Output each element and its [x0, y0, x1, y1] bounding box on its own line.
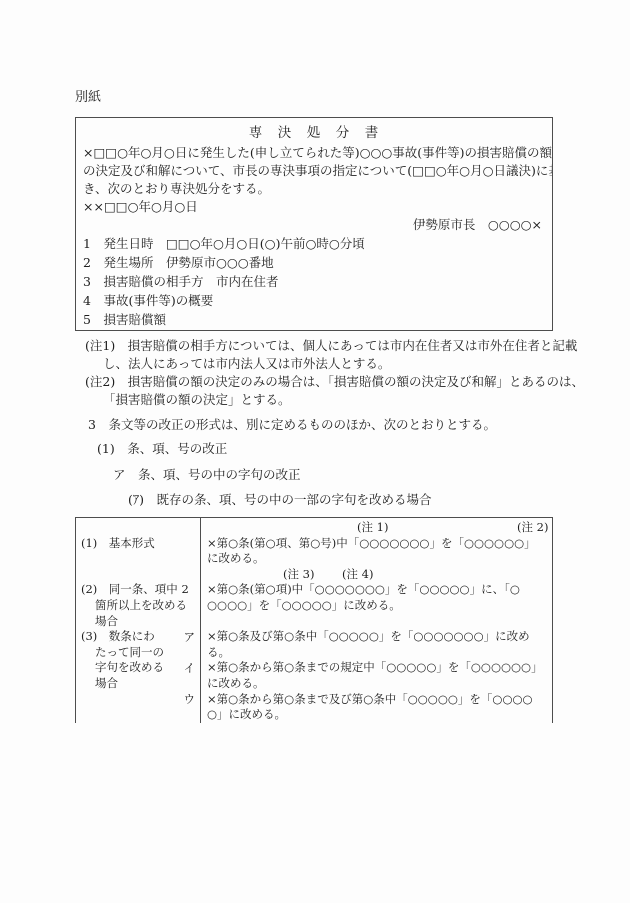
decision-item-4: 4 事故(事件等)の概要: [83, 291, 545, 310]
decision-body-line-2: の決定及び和解について、市長の専決事項の指定について(□□○年○月○日議決)に基…: [83, 162, 545, 180]
left-line-3: [81, 551, 196, 567]
left-line-9: たって同一の: [81, 645, 196, 661]
left-line-11: 場合: [81, 676, 196, 692]
section-3-item-1-a: ア 条、項、号の中の字句の改正: [113, 465, 301, 483]
note-1-line-1: (注1) 損害賠償の相手方については、個人にあっては市内在住者又は市外在住者と記…: [75, 337, 555, 355]
note-ref-2: (注 2): [517, 520, 548, 536]
mayor-signature-line: 伊勢原市長 ○○○○×: [83, 216, 545, 234]
left-line-5: (2) 同一条、項中 2: [81, 582, 196, 598]
left-line-1: [81, 520, 196, 536]
decision-body-line-1: ×□□○年○月○日に発生した(申し立てられた等)○○○事故(事件等)の損害賠償の…: [83, 144, 545, 162]
format-blank-line: [207, 614, 547, 630]
decision-item-3: 3 損害賠償の相手方 市内在住者: [83, 272, 545, 291]
format-table-right-column: (注 1) (注 2) ×第○条(第○項、第○号)中「○○○○○○○」を「○○○…: [201, 518, 552, 723]
note-2-line-1: (注2) 損害賠償の額の決定のみの場合は、「損害賠償の額の決定及び和解」とあるの…: [75, 373, 555, 391]
format-row1-line-2: に改める。: [207, 551, 547, 567]
format-row3a-line-1: ×第○条及び第○条中「○○○○○」を「○○○○○○○」に改め: [207, 629, 547, 645]
left-line-2: (1) 基本形式: [81, 536, 196, 552]
decision-title: 専 決 処 分 書: [83, 123, 545, 144]
document-page: 別紙 専 決 処 分 書 ×□□○年○月○日に発生した(申し立てられた等)○○○…: [0, 0, 630, 903]
left-line-6: 箇所以上を改める: [81, 598, 196, 614]
section-3-heading: 3 条文等の改正の形式は、別に定めるもののほか、次のとおりとする。: [88, 415, 496, 433]
format-row2-line-1: ×第○条(第○項)中「○○○○○○○」を「○○○○○」に、「○: [207, 582, 547, 598]
format-row3a-line-2: る。: [207, 645, 547, 661]
decision-body-line-3: き、次のとおり専決処分をする。: [83, 180, 545, 198]
amendment-format-table: (1) 基本形式 (2) 同一条、項中 2 箇所以上を改める 場合 (3) 数条…: [75, 517, 553, 723]
decision-item-5: 5 損害賠償額: [83, 310, 545, 329]
format-row2-line-2: ○○○○」を「○○○○○」に改める。: [207, 598, 547, 614]
left-line-13: [81, 707, 196, 723]
note-refs-row-2: (注 3) (注 4): [207, 567, 547, 583]
format-row3i-line-2: に改める。: [207, 676, 547, 692]
format-row1-line-1: ×第○条(第○項、第○号)中「○○○○○○○」を「○○○○○○」: [207, 536, 547, 552]
format-row3i-line-1: ×第○条から第○条までの規定中「○○○○○」を「○○○○○○」: [207, 660, 547, 676]
note-refs-row-1: (注 1) (注 2): [207, 520, 547, 536]
format-row3u-line-2: ○」に改める。: [207, 707, 547, 723]
note-2-line-2: 「損害賠償の額の決定」とする。: [75, 391, 555, 409]
decision-item-1: 1 発生日時 □□○年○月○日(○)午前○時○分頃: [83, 234, 545, 253]
branch-marker-u: ウ: [184, 691, 196, 707]
format-table-left-column: (1) 基本形式 (2) 同一条、項中 2 箇所以上を改める 場合 (3) 数条…: [76, 518, 201, 723]
section-3-item-1-a-1: (ｱ) 既存の条、項、号の中の一部の字句を改める場合: [128, 490, 432, 508]
corner-label: 別紙: [75, 86, 101, 105]
left-line-10: 字句を改める: [81, 660, 196, 676]
left-line-8: (3) 数条にわ: [81, 629, 196, 645]
decision-document-box: 専 決 処 分 書 ×□□○年○月○日に発生した(申し立てられた等)○○○事故(…: [75, 117, 553, 331]
note-1-line-2: し、法人にあっては市内法人又は市外法人とする。: [75, 355, 555, 373]
note-ref-1: (注 1): [357, 520, 388, 536]
left-line-4: [81, 567, 196, 583]
left-line-7: 場合: [81, 614, 196, 630]
branch-marker-a: ア: [184, 629, 196, 645]
branch-marker-i: イ: [184, 660, 196, 676]
note-ref-3: (注 3): [283, 567, 314, 583]
left-line-12: [81, 692, 196, 708]
decision-date-line: ××□□○年○月○日: [83, 198, 545, 216]
format-row3u-line-1: ×第○条から第○条まで及び第○条中「○○○○○」を「○○○○: [207, 692, 547, 708]
section-3-item-1: (1) 条、項、号の改正: [97, 439, 227, 457]
decision-item-2: 2 発生場所 伊勢原市○○○番地: [83, 253, 545, 272]
note-ref-4: (注 4): [342, 567, 373, 583]
notes-block: (注1) 損害賠償の相手方については、個人にあっては市内在住者又は市外在住者と記…: [75, 337, 555, 409]
